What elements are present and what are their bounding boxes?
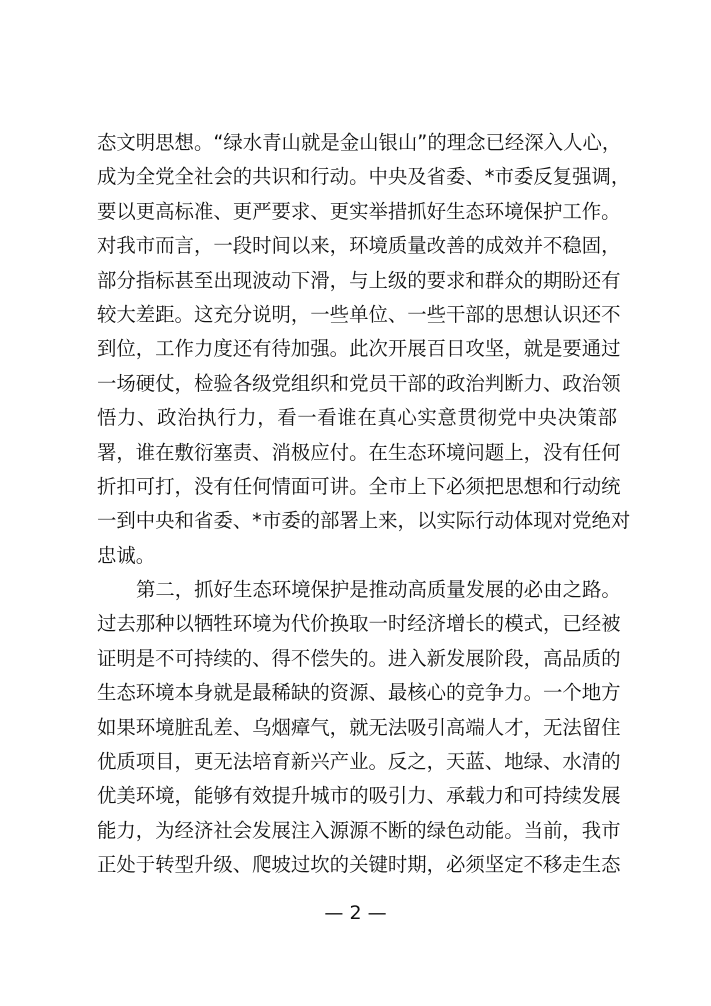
document-body: 态文明思想。“绿水青山就是金山银山”的理念已经深入人心， 成为全党全社会的共识和… <box>97 126 617 883</box>
text-line: 部分指标甚至出现波动下滑，与上级的要求和群众的期盼还有 <box>97 264 617 298</box>
text-line: 署，谁在敷衍塞责、消极应付。在生态环境问题上，没有任何 <box>97 436 617 470</box>
text-line: 到位，工作力度还有待加强。此次开展百日攻坚，就是要通过 <box>97 332 617 366</box>
document-page: 态文明思想。“绿水青山就是金山银山”的理念已经深入人心， 成为全党全社会的共识和… <box>0 0 711 1006</box>
paragraph-first-line: 第二，抓好生态环境保护是推动高质量发展的必由之路。 <box>97 573 617 607</box>
text-line: 要以更高标准、更严要求、更实举措抓好生态环境保护工作。 <box>97 195 617 229</box>
text-line: 证明是不可持续的、得不偿失的。进入新发展阶段，高品质的 <box>97 642 617 676</box>
page-number: — 2 — <box>0 900 711 926</box>
text-line: 能力，为经济社会发展注入源源不断的绿色动能。当前，我市 <box>97 814 617 848</box>
text-line: 过去那种以牺牲环境为代价换取一时经济增长的模式，已经被 <box>97 607 617 641</box>
text-line: 成为全党全社会的共识和行动。中央及省委、*市委反复强调， <box>97 160 617 194</box>
text-line: 态文明思想。“绿水青山就是金山银山”的理念已经深入人心， <box>97 126 617 160</box>
text-line: 一场硬仗，检验各级党组织和党员干部的政治判断力、政治领 <box>97 367 617 401</box>
text-line: 折扣可打，没有任何情面可讲。全市上下必须把思想和行动统 <box>97 470 617 504</box>
text-line: 一到中央和省委、*市委的部署上来，以实际行动体现对党绝对 <box>97 504 617 538</box>
text-line: 对我市而言，一段时间以来，环境质量改善的成效并不稳固， <box>97 229 617 263</box>
text-line: 优质项目，更无法培育新兴产业。反之，天蓝、地绿、水清的 <box>97 745 617 779</box>
text-line: 生态环境本身就是最稀缺的资源、最核心的竞争力。一个地方 <box>97 676 617 710</box>
text-line: 正处于转型升级、爬坡过坎的关键时期，必须坚定不移走生态 <box>97 848 617 882</box>
text-line: 悟力、政治执行力，看一看谁在真心实意贯彻党中央决策部 <box>97 401 617 435</box>
text-line: 如果环境脏乱差、乌烟瘴气，就无法吸引高端人才，无法留住 <box>97 711 617 745</box>
text-line: 忠诚。 <box>97 539 617 573</box>
text-line: 优美环境，能够有效提升城市的吸引力、承载力和可持续发展 <box>97 779 617 813</box>
text-line: 较大差距。这充分说明，一些单位、一些干部的思想认识还不 <box>97 298 617 332</box>
